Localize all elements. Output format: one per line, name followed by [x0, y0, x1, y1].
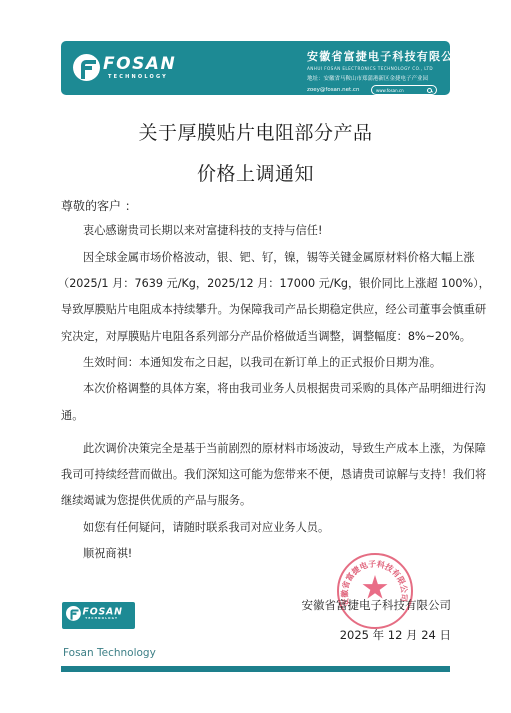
logo-subtitle: TECHNOLOGY: [108, 75, 176, 80]
search-icon: [427, 88, 432, 93]
paragraph-reason-line-4: 究决定，对厚膜贴片电阻各系列部分产品价格做适当调整，调整幅度：8%~20%。: [61, 324, 453, 350]
paragraph-contact: 如您有任何疑问，请随时联系我司对应业务人员。: [61, 515, 453, 541]
footer-company-name: Fosan Technology: [63, 647, 156, 659]
footer-logo-word: FOSAN: [83, 607, 123, 616]
company-name-en: ANHUI FOSAN ELECTRONICS TECHNOLOGY CO., …: [307, 66, 437, 71]
paragraph-reason-line-1: 因全球金属市场价格波动，银、钯、钌，镍，锡等关键金属原材料价格大幅上涨: [61, 245, 453, 271]
paragraph-plan-line-2: 通。: [61, 403, 453, 429]
header-banner: FOSAN TECHNOLOGY 安徽省富捷电子科技有限公司 ANHUI FOS…: [61, 41, 450, 95]
salutation: 尊敬的客户 ：: [61, 197, 137, 214]
document-title-line-1: 关于厚膜贴片电阻部分产品: [0, 118, 511, 145]
paragraph-plan-line-1: 本次价格调整的具体方案，将由我司业务人员根据贵司采购的具体产品明细进行沟: [61, 376, 453, 402]
paragraph-effective-date: 生效时间：本通知发布之日起，以我司在新订单上的正式报价日期为准。: [61, 350, 453, 376]
company-address: 地址：安徽省马鞍山市郑蒲港新区金捷电子产业园: [307, 74, 437, 82]
paragraph-decision-line-1: 此次调价决策完全是基于当前剧烈的原材料市场波动，导致生产成本上涨，为保障: [61, 436, 453, 462]
company-info: 安徽省富捷电子科技有限公司 ANHUI FOSAN ELECTRONICS TE…: [307, 48, 437, 95]
footer-divider-bar: [61, 666, 450, 672]
paragraph-decision-line-2: 我司可持续经营而做出。我们深知这可能为您带来不便，恳请贵司谅解与支持！我们将: [61, 462, 453, 488]
fosan-logo-icon: [66, 606, 81, 621]
website-box[interactable]: www.fosan.cn: [371, 85, 437, 95]
document-title-line-2: 价格上调通知: [0, 159, 511, 186]
paragraph-reason-line-3: 导致厚膜贴片电阻成本持续攀升。为保障我司产品长期稳定供应，经公司董事会慎重研: [61, 297, 453, 323]
company-name-cn: 安徽省富捷电子科技有限公司: [307, 48, 437, 64]
paragraph-reason-line-2: （2025/1 月：7639 元/Kg，2025/12 月：17000 元/Kg…: [58, 271, 450, 297]
company-email[interactable]: zoey@fosan.net.cn: [307, 87, 359, 93]
fosan-logo-icon: [73, 54, 100, 81]
signature-date: 2025 年 12 月 24 日: [340, 627, 451, 643]
fosan-logo: FOSAN TECHNOLOGY: [73, 54, 176, 81]
footer-logo-subtitle: TECHNOLOGY: [85, 617, 123, 620]
website-url[interactable]: www.fosan.cn: [376, 88, 404, 93]
paragraph-decision-line-3: 继续竭诚为您提供优质的产品与服务。: [61, 488, 453, 514]
logo-word: FOSAN: [103, 56, 176, 73]
company-seal: 安徽省富捷电子科技有限公司: [337, 553, 413, 629]
footer-logo: FOSAN TECHNOLOGY: [62, 602, 135, 629]
signature-company: 安徽省富捷电子科技有限公司: [302, 597, 452, 613]
paragraph-thanks: 衷心感谢贵司长期以来对富捷科技的支持与信任!: [61, 218, 453, 244]
